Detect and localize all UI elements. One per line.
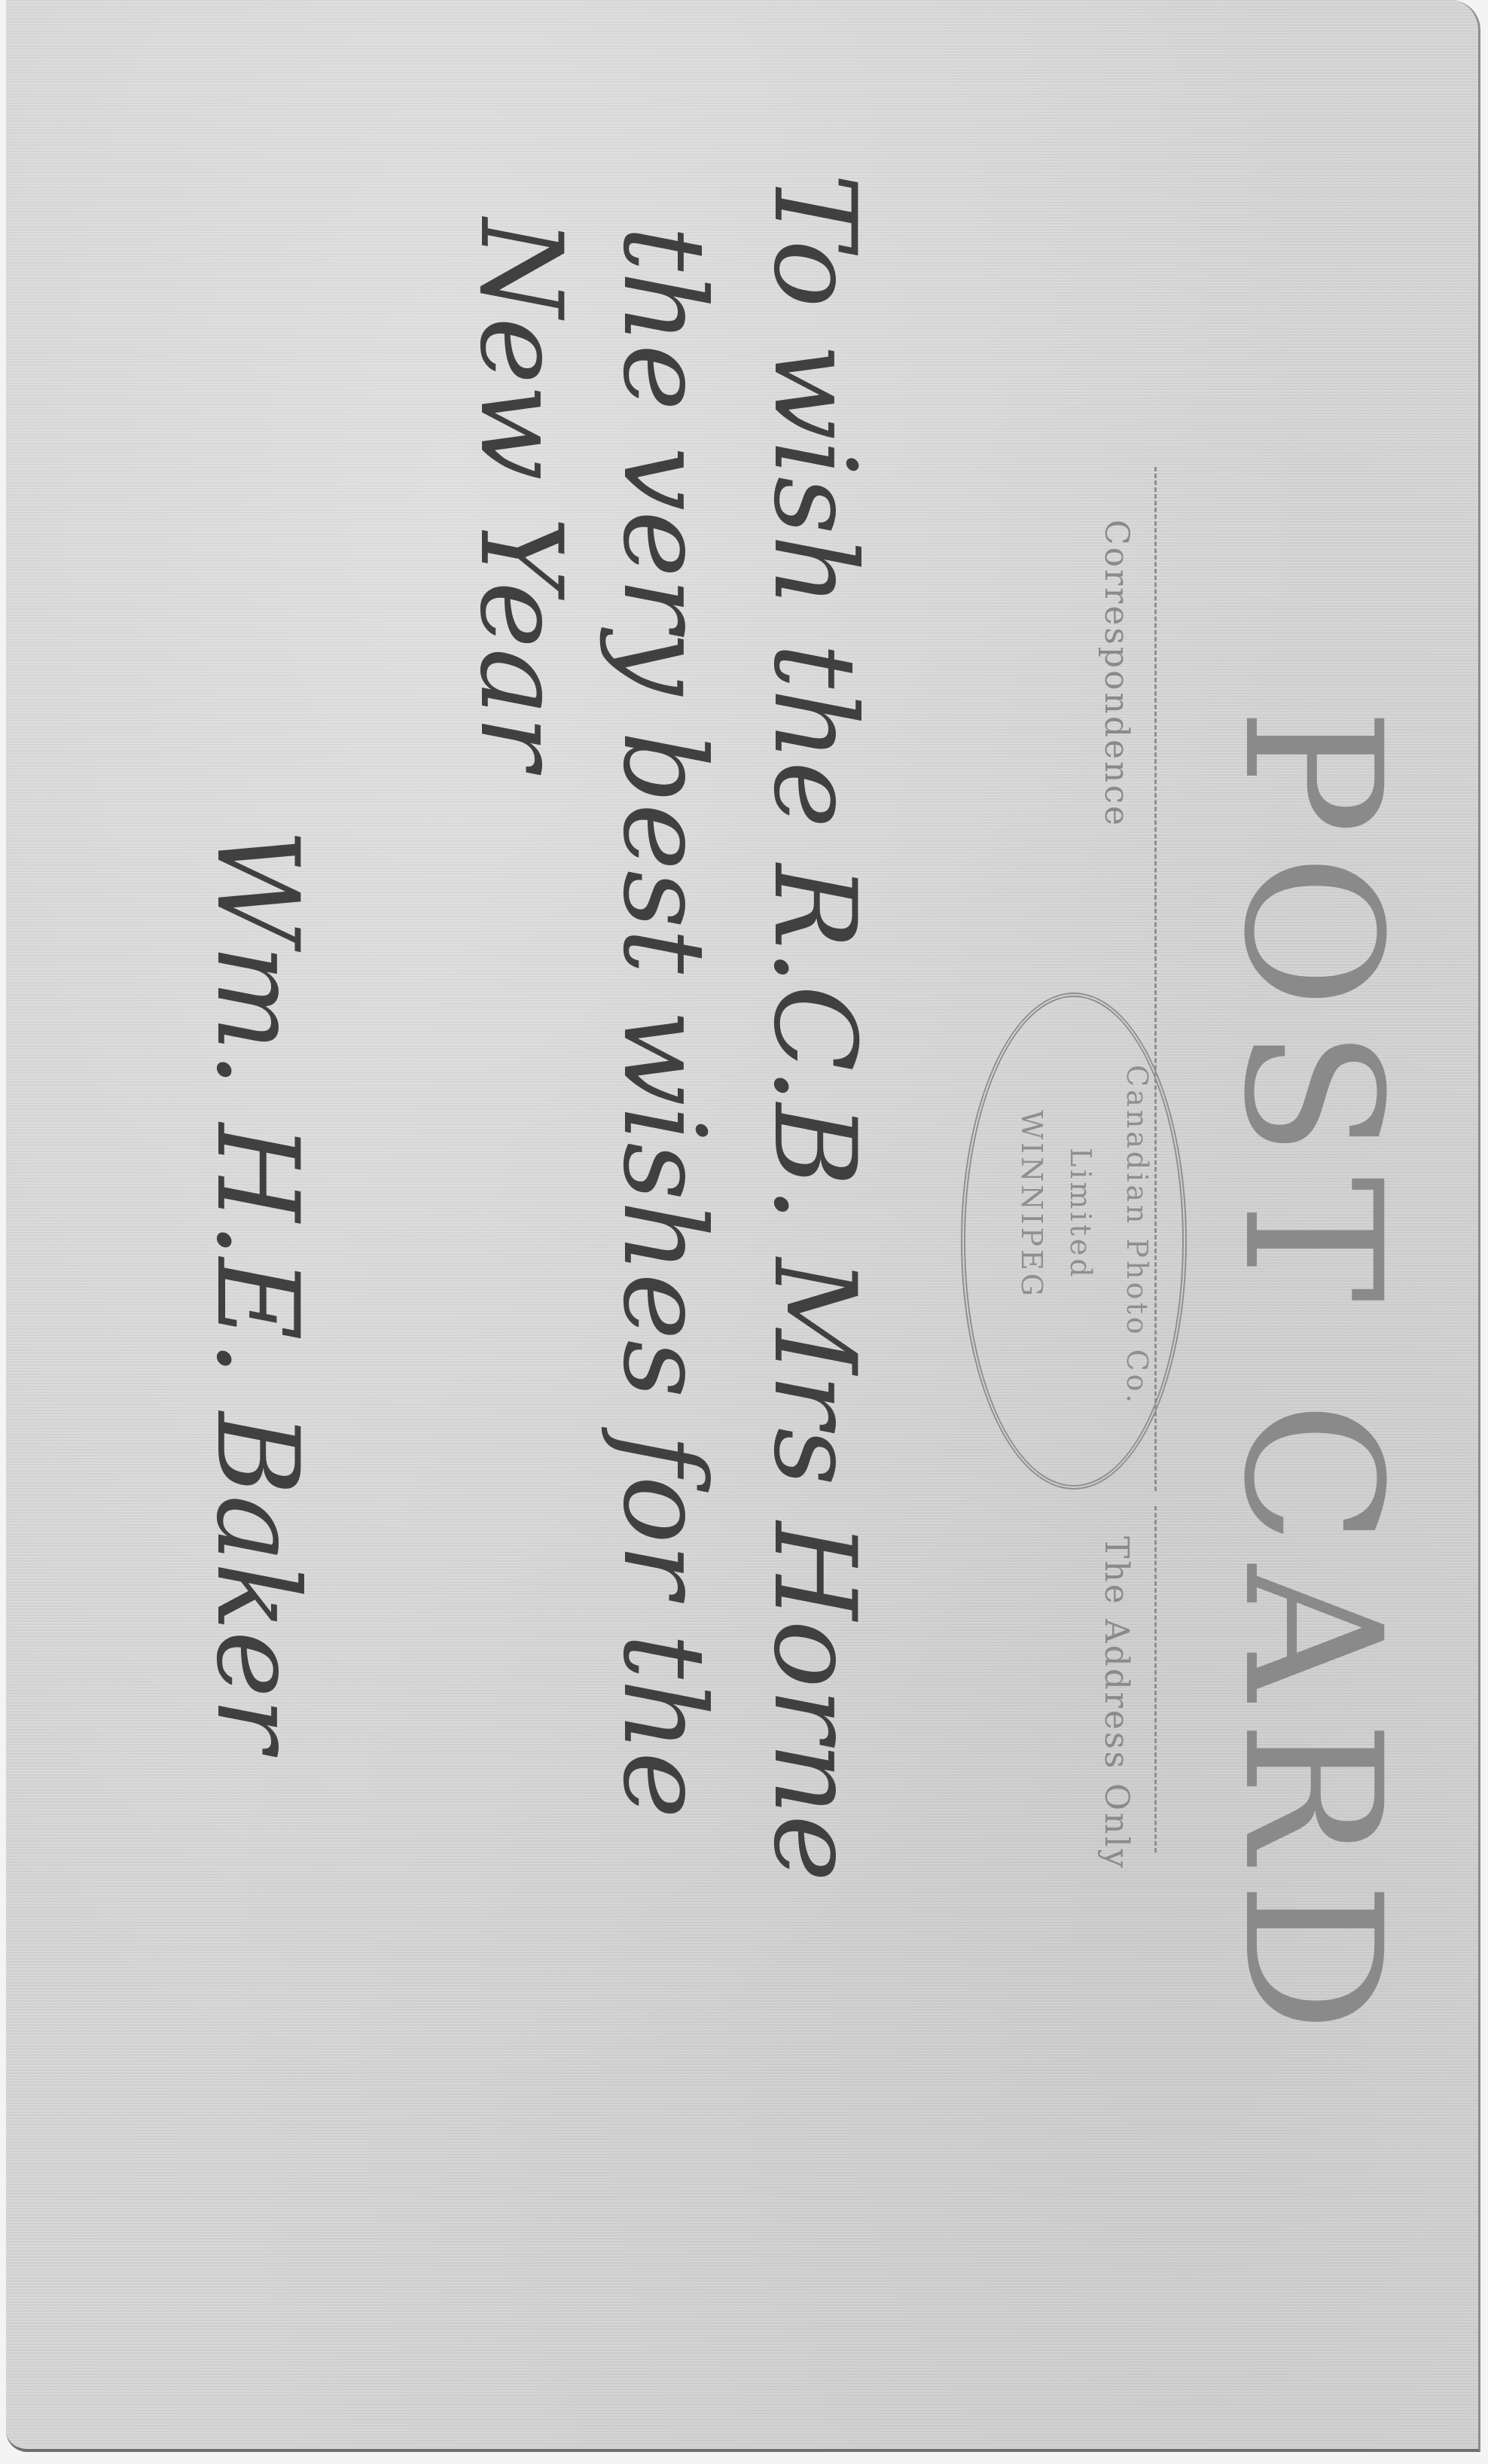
- address-divider: [1154, 1506, 1157, 1853]
- stamp-box-oval: Canadian Photo Co. Limited WINNIPEG: [961, 993, 1187, 1490]
- address-label: The Address Only: [1097, 1536, 1136, 1870]
- message-line-3: New Year: [455, 218, 586, 770]
- postcard-heading: POST CARD: [1203, 708, 1422, 2052]
- stamp-line-1: Canadian Photo Co.: [1121, 1065, 1154, 1406]
- correspondence-label: Correspondence: [1097, 520, 1136, 828]
- postcard-back: POST CARD Correspondence The Address Onl…: [6, 0, 1480, 2452]
- signature: Wm. H.E. Baker: [191, 828, 322, 1752]
- message-line-2: the very best wishes for the: [598, 226, 729, 1819]
- stamp-line-3: WINNIPEG: [1015, 1110, 1048, 1299]
- message-line-1: To wish the R.C.B. Mrs Horne: [749, 173, 880, 1882]
- stamp-line-2: Limited: [1064, 1148, 1097, 1280]
